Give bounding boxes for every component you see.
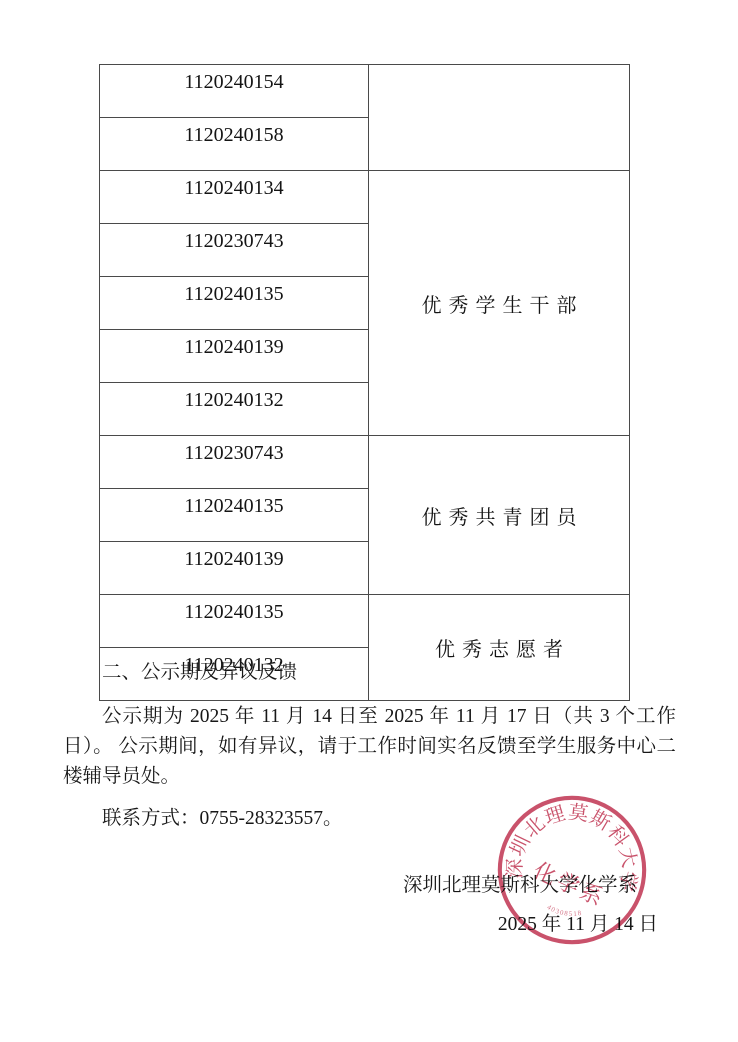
contact-line: 联系方式：0755-28323557。	[63, 804, 676, 834]
student-id-cell: 1120230743	[100, 224, 369, 277]
signature-date: 2025 年 11 月 14 日	[498, 908, 658, 936]
student-id-cell: 1120240158	[100, 118, 369, 171]
table-row: 1120230743 优秀共青团员	[100, 436, 630, 489]
student-id-cell: 1120240135	[100, 489, 369, 542]
student-id-cell: 1120240135	[100, 277, 369, 330]
document-page: 1120240154 1120240158 1120240134 优秀学生干部 …	[0, 0, 738, 1042]
award-cell-league-member: 优秀共青团员	[369, 436, 630, 595]
student-id-cell: 1120240132	[100, 383, 369, 436]
student-id-cell: 1120230743	[100, 436, 369, 489]
award-table: 1120240154 1120240158 1120240134 优秀学生干部 …	[99, 64, 630, 701]
section-heading: 二、公示期及异议反馈	[63, 658, 676, 688]
table-row: 1120240135 优秀志愿者	[100, 595, 630, 648]
table-row: 1120240134 优秀学生干部	[100, 171, 630, 224]
award-cell-student-cadre: 优秀学生干部	[369, 171, 630, 436]
publicity-paragraph: 公示期为 2025 年 11 月 14 日至 2025 年 11 月 17 日（…	[63, 702, 676, 792]
signature-organization: 深圳北理莫斯科大学化学系	[403, 869, 637, 897]
student-id-cell: 1120240139	[100, 542, 369, 595]
student-id-cell: 1120240134	[100, 171, 369, 224]
student-id-cell: 1120240154	[100, 65, 369, 118]
award-cell-empty	[369, 65, 630, 171]
student-id-cell: 1120240139	[100, 330, 369, 383]
award-table-body: 1120240154 1120240158 1120240134 优秀学生干部 …	[100, 65, 630, 701]
student-id-cell: 1120240135	[100, 595, 369, 648]
table-row: 1120240154	[100, 65, 630, 118]
body-text: 二、公示期及异议反馈 公示期为 2025 年 11 月 14 日至 2025 年…	[63, 658, 676, 834]
